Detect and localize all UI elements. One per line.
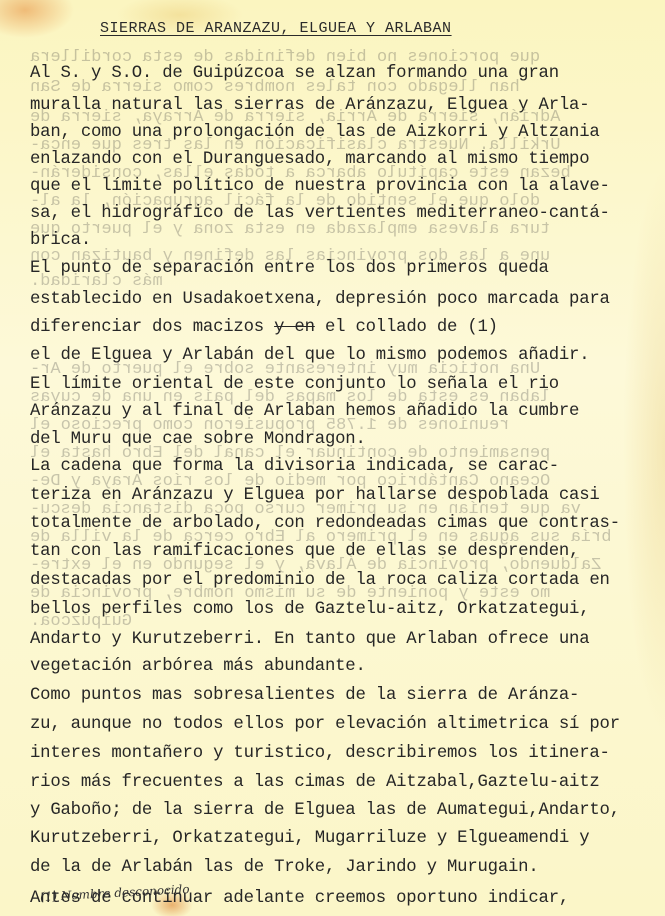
text-line: El límite oriental de este conjunto lo s…: [30, 375, 559, 394]
text-line: zu, aunque no todos ellos por elevación …: [30, 715, 620, 734]
struck-text: y en: [274, 318, 315, 337]
text-line: muralla natural las sierras de Aránzazu,…: [30, 96, 589, 115]
text-line: el de Elguea y Arlabán del que lo mismo …: [30, 346, 589, 365]
text-line: y Gaboño; de la sierra de Elguea las de …: [30, 801, 620, 820]
document-page: SIERRAS DE ARANZAZU, ELGUEA Y ARLABAN qu…: [0, 0, 665, 916]
page-title: SIERRAS DE ARANZAZU, ELGUEA Y ARLABAN: [100, 20, 520, 37]
text-line: interes montañero y turistico, describir…: [30, 744, 610, 763]
text-line: La cadena que forma la divisoria indicad…: [30, 457, 559, 476]
text-line: Andarto y Kurutzeberri. En tanto que Arl…: [30, 630, 589, 649]
text-line: Aránzazu y al final de Arlaban hemos aña…: [30, 402, 579, 421]
text-line: ban, como una prolongación de las de Aiz…: [30, 123, 600, 142]
text-line: de la de Arlabán las de Troke, Jarindo y…: [30, 858, 539, 877]
text-line: vegetación arbórea más abundante.: [30, 657, 366, 676]
text-line: rios más frecuentes a las cimas de Aitza…: [30, 773, 600, 792]
text-line: El punto de separación entre los dos pri…: [30, 259, 549, 278]
text-line: Kurutzeberri, Orkatzategui, Mugarriluze …: [30, 829, 589, 848]
text-line: bellos perfiles como los de Gaztelu-aitz…: [30, 600, 589, 619]
text-line: brica.: [30, 231, 91, 250]
text-line: tan con las ramificaciones que de ellas …: [30, 542, 579, 561]
text-line: destacadas por el predominio de la roca …: [30, 571, 610, 590]
text-line: enlazando con el Duranguesado, marcando …: [30, 150, 589, 169]
text-line: Como puntos mas sobresalientes de la sie…: [30, 686, 579, 705]
text-line: totalmente de arbolado, con redondeadas …: [30, 514, 620, 533]
text-line: diferenciar dos macizos y en el collado …: [30, 318, 498, 337]
text-line: del Muru que cae sobre Mondragon.: [30, 430, 366, 449]
text-line: teriza en Aránzazu y Elguea por hallarse…: [30, 486, 600, 505]
text-line: Al S. y S.O. de Guipúzcoa se alzan forma…: [30, 64, 559, 83]
text-line: que el límite político de nuestra provin…: [30, 177, 610, 196]
text-line: sa, el hidrográfico de las vertientes me…: [30, 204, 610, 223]
text-line: establecido en Usadakoetxena, depresión …: [30, 290, 610, 309]
